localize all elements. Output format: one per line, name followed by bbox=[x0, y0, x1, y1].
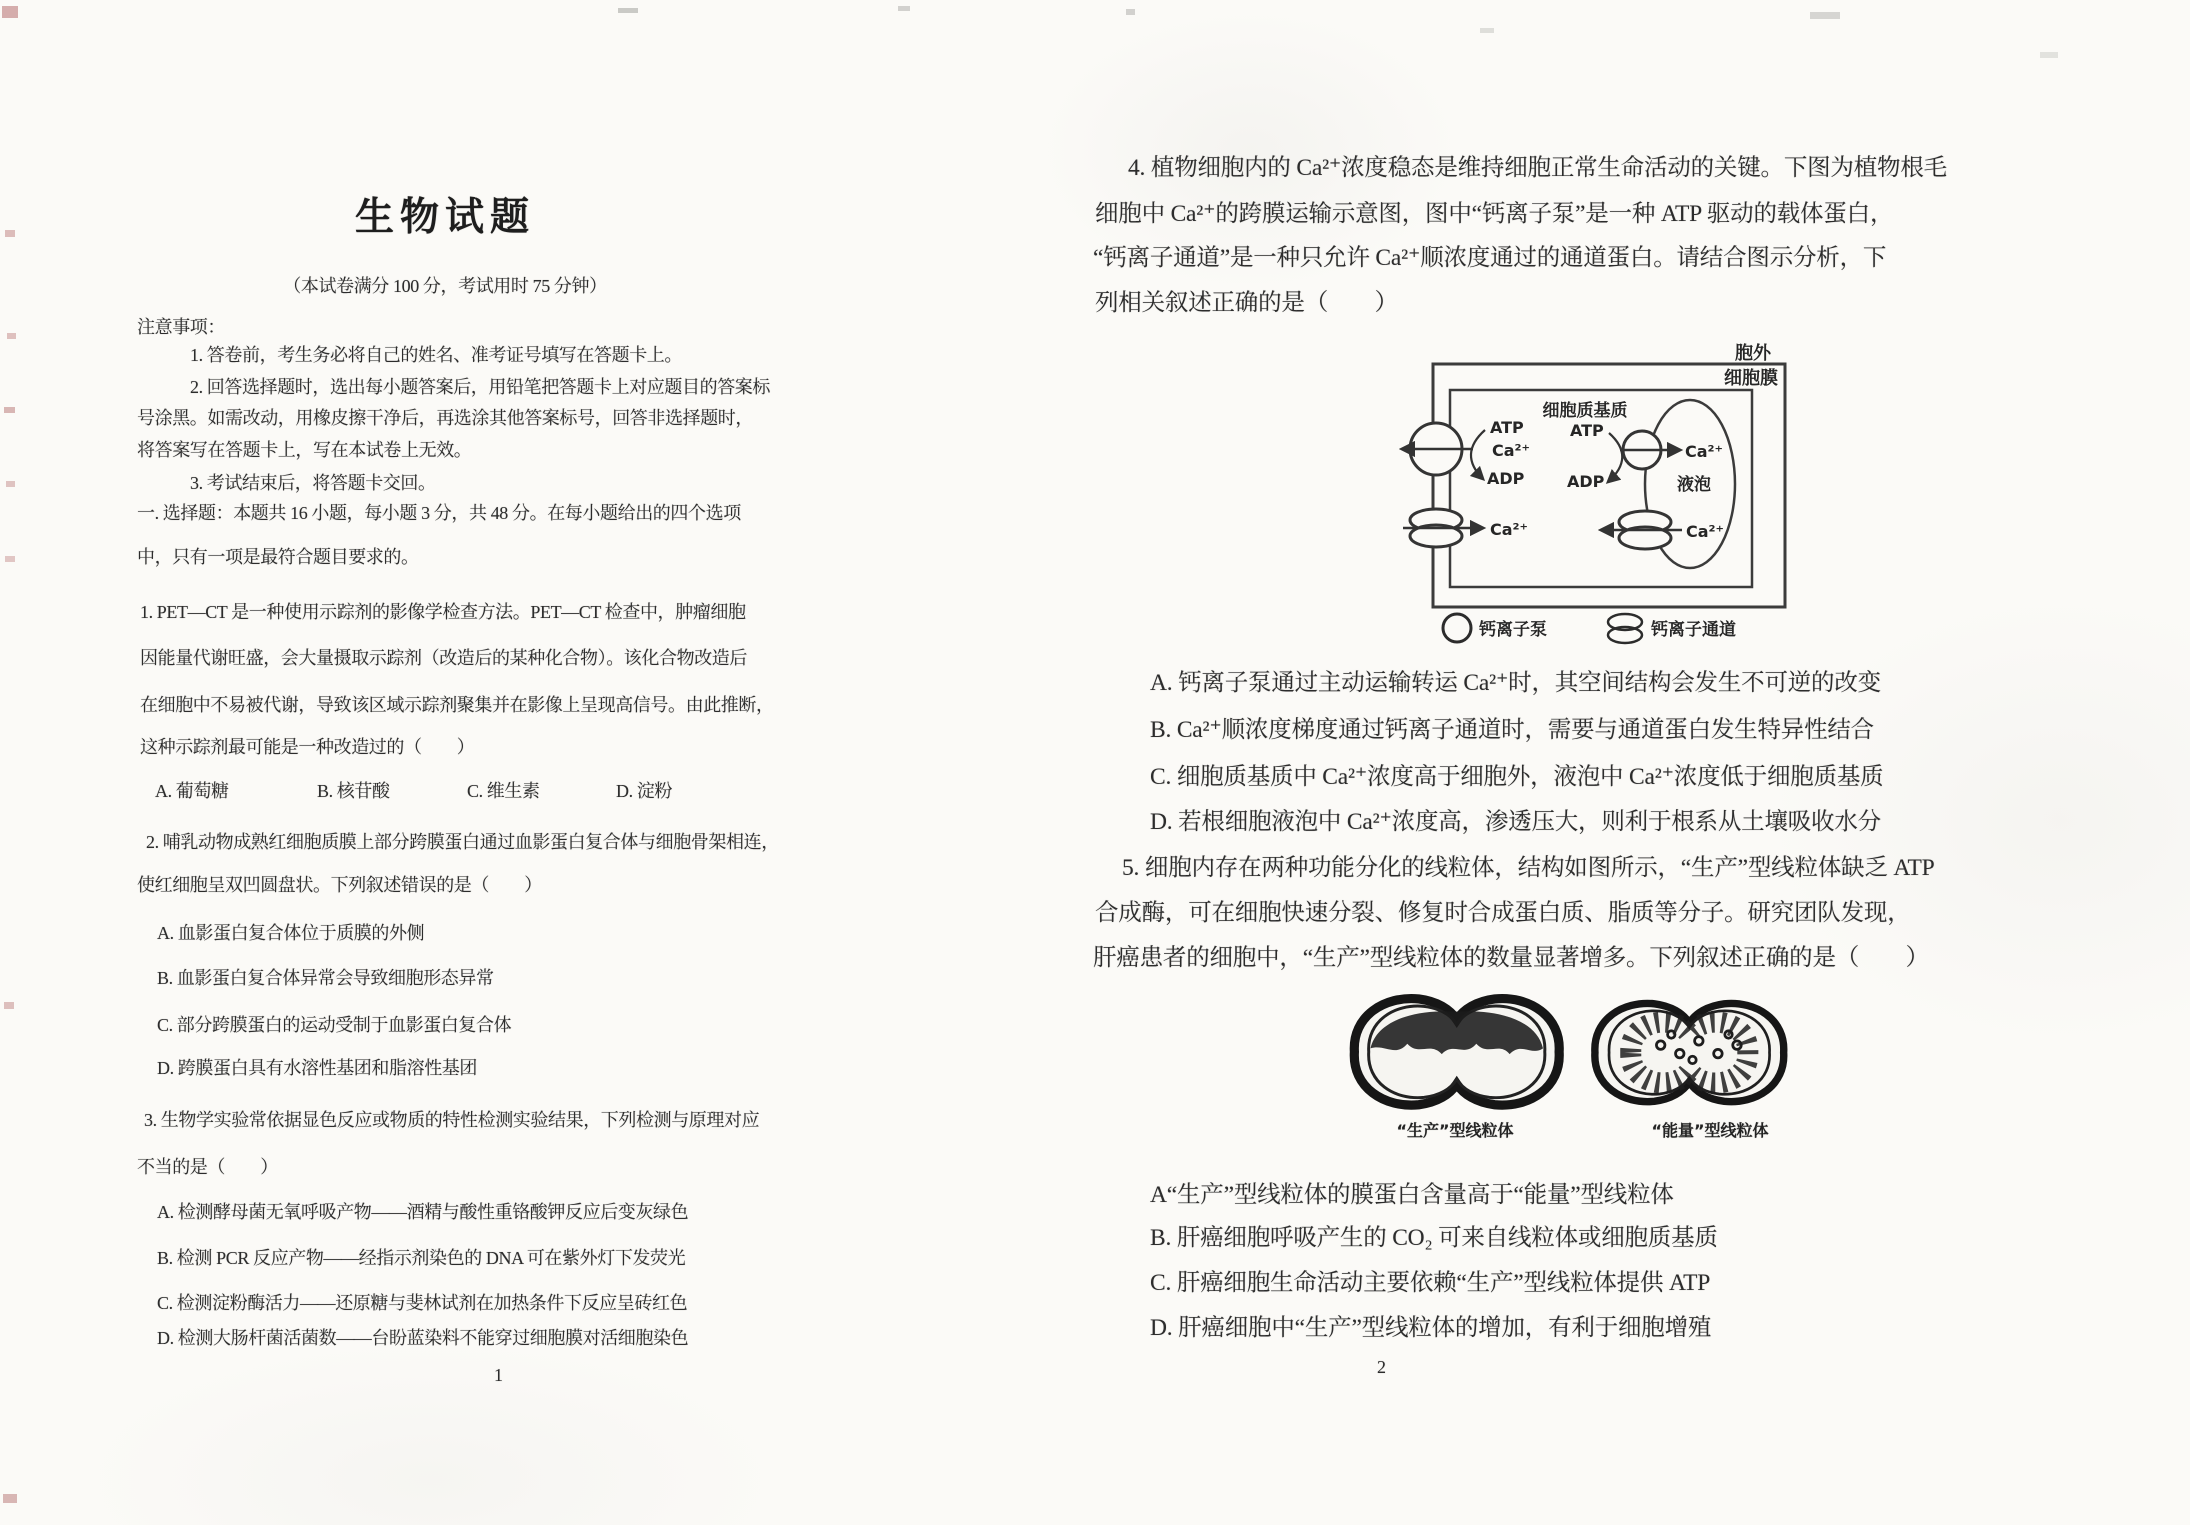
scanned-exam-paper: 生物试题 （本试卷满分 100 分，考试用时 75 分钟） 注意事项： 1. 答… bbox=[0, 0, 2190, 1525]
page-number: 1 bbox=[494, 1366, 503, 1386]
legend-pump-icon bbox=[1443, 614, 1471, 642]
scan-artifact bbox=[2, 6, 18, 18]
ca-transport-diagram: 胞外 细胞膜 细胞质基质 液泡 ATP Ca²⁺ ADP Ca²⁺ Ca²⁺ A… bbox=[1395, 332, 1795, 652]
adp-label: ADP bbox=[1567, 472, 1605, 491]
ca-ion-label: Ca²⁺ bbox=[1490, 520, 1528, 539]
legend-pump-label: 钙离子泵 bbox=[1479, 619, 1547, 640]
question-1-line: 因能量代谢旺盛，会大量摄取示踪剂（改造后的某种化合物）。该化合物改造后 bbox=[140, 649, 747, 669]
notice-line: 将答案写在答题卡上，写在本试卷上无效。 bbox=[137, 441, 471, 461]
question-5-option: D. 肝癌细胞中“生产”型线粒体的增加，有利于细胞增殖 bbox=[1150, 1316, 1711, 1342]
question-4-line: “钙离子通道”是一种只允许 Ca²⁺顺浓度通过的通道蛋白。请结合图示分析，下 bbox=[1093, 246, 1886, 272]
extracellular-label: 胞外 bbox=[1735, 342, 1772, 364]
question-4-line: 4. 植物细胞内的 Ca²⁺浓度稳态是维持细胞正常生命活动的关键。下图为植物根毛 bbox=[1128, 156, 1947, 182]
question-2-line: 2. 哺乳动物成熟红细胞质膜上部分跨膜蛋白通过血影蛋白复合体与细胞骨架相连， bbox=[146, 833, 779, 853]
question-1-line: 这种示踪剂最可能是一种改造过的（ ） bbox=[140, 738, 474, 758]
question-2-option: B. 血影蛋白复合体异常会导致细胞形态异常 bbox=[157, 969, 494, 989]
scan-artifact bbox=[1810, 12, 1840, 19]
page-title: 生物试题 bbox=[135, 197, 755, 240]
scan-artifact bbox=[5, 556, 15, 562]
question-3-option: D. 检测大肠杆菌活菌数——台盼蓝染料不能穿过细胞膜对活细胞染色 bbox=[157, 1329, 688, 1349]
scan-artifact bbox=[3, 1494, 17, 1503]
section-heading-line: 一. 选择题：本题共 16 小题，每小题 3 分，共 48 分。在每小题给出的四… bbox=[137, 504, 741, 524]
notice-heading: 注意事项： bbox=[137, 318, 225, 338]
question-3-option: C. 检测淀粉酶活力——还原糖与斐林试剂在加热条件下反应呈砖红色 bbox=[157, 1294, 687, 1314]
question-4-line: 列相关叙述正确的是（ ） bbox=[1095, 291, 1398, 317]
question-3-line: 不当的是（ ） bbox=[137, 1158, 278, 1178]
ca-ion-label: Ca²⁺ bbox=[1492, 441, 1530, 460]
question-2-option: A. 血影蛋白复合体位于质膜的外侧 bbox=[157, 924, 424, 944]
question-1-line: 1. PET—CT 是一种使用示踪剂的影像学检查方法。PET—CT 检查中，肿瘤… bbox=[140, 603, 746, 623]
question-2-option: C. 部分跨膜蛋白的运动受制于血影蛋白复合体 bbox=[157, 1016, 511, 1036]
adp-label: ADP bbox=[1487, 469, 1525, 488]
scan-artifact bbox=[898, 6, 910, 11]
scan-artifact bbox=[6, 481, 15, 487]
scan-artifact bbox=[4, 407, 15, 413]
scan-artifact bbox=[4, 1002, 14, 1009]
question-5-option: A“生产”型线粒体的膜蛋白含量高于“能量”型线粒体 bbox=[1150, 1183, 1674, 1209]
legend-channel-label: 钙离子通道 bbox=[1651, 619, 1736, 640]
scan-artifact bbox=[7, 333, 16, 339]
vacuole-label: 液泡 bbox=[1677, 474, 1711, 495]
question-2-line: 使红细胞呈双凹圆盘状。下列叙述错误的是（ ） bbox=[137, 876, 542, 896]
scan-artifact bbox=[2040, 52, 2058, 58]
production-mitochondrion-label: “生产”型线粒体 bbox=[1345, 1122, 1565, 1140]
notice-line: 号涂黑。如需改动，用橡皮擦干净后，再选涂其他答案标号，回答非选择题时， bbox=[137, 409, 753, 429]
question-2-option: D. 跨膜蛋白具有水溶性基团和脂溶性基团 bbox=[157, 1059, 477, 1079]
question-5-line: 5. 细胞内存在两种功能分化的线粒体，结构如图所示，“生产”型线粒体缺乏 ATP bbox=[1122, 856, 1935, 882]
energy-mitochondrion bbox=[1595, 1003, 1784, 1101]
question-4-option: B. Ca²⁺顺浓度梯度通过钙离子通道时，需要与通道蛋白发生特异性结合 bbox=[1150, 718, 1874, 744]
exam-subtitle: （本试卷满分 100 分，考试用时 75 分钟） bbox=[135, 277, 755, 297]
question-1-option: C. 维生素 bbox=[467, 782, 540, 802]
question-1-option: D. 淀粉 bbox=[616, 782, 672, 802]
question-5-option: C. 肝癌细胞生命活动主要依赖“生产”型线粒体提供 ATP bbox=[1150, 1271, 1710, 1297]
notice-line: 2. 回答选择题时，选出每小题答案后，用铅笔把答题卡上对应题目的答案标 bbox=[190, 378, 770, 398]
question-4-option: D. 若根细胞液泡中 Ca²⁺浓度高，渗透压大，则利于根系从土壤吸收水分 bbox=[1150, 810, 1881, 836]
question-3-line: 3. 生物学实验常依据显色反应或物质的特性检测实验结果，下列检测与原理对应 bbox=[144, 1111, 759, 1131]
question-1-option: B. 核苷酸 bbox=[317, 782, 390, 802]
scan-artifact bbox=[618, 8, 638, 13]
notice-line: 3. 考试结束后，将答题卡交回。 bbox=[190, 474, 436, 494]
notice-line: 1. 答卷前，考生务必将自己的姓名、准考证号填写在答题卡上。 bbox=[190, 346, 682, 366]
production-mitochondrion bbox=[1354, 999, 1559, 1106]
page-number: 2 bbox=[1377, 1358, 1386, 1378]
cytosol-label: 细胞质基质 bbox=[1543, 400, 1628, 421]
ca-ion-label: Ca²⁺ bbox=[1685, 442, 1723, 461]
question-5-line: 肝癌患者的细胞中，“生产”型线粒体的数量显著增多。下列叙述正确的是（ ） bbox=[1093, 946, 1929, 972]
ca-ion-label: Ca²⁺ bbox=[1686, 522, 1724, 541]
question-4-option: C. 细胞质基质中 Ca²⁺浓度高于细胞外，液泡中 Ca²⁺浓度低于细胞质基质 bbox=[1150, 765, 1883, 791]
energy-mitochondrion-label: “能量”型线粒体 bbox=[1600, 1122, 1820, 1140]
section-heading-line: 中，只有一项是最符合题目要求的。 bbox=[137, 548, 419, 568]
question-1-line: 在细胞中不易被代谢，导致该区域示踪剂聚集并在影像上呈现高信号。由此推断， bbox=[140, 696, 774, 716]
question-3-option: B. 检测 PCR 反应产物——经指示剂染色的 DNA 可在紫外灯下发荧光 bbox=[157, 1249, 685, 1269]
question-4-line: 细胞中 Ca²⁺的跨膜运输示意图，图中“钙离子泵”是一种 ATP 驱动的载体蛋白… bbox=[1095, 202, 1893, 228]
atp-label: ATP bbox=[1490, 418, 1524, 437]
membrane-label: 细胞膜 bbox=[1724, 367, 1778, 389]
scan-artifact bbox=[1126, 9, 1135, 15]
question-4-option: A. 钙离子泵通过主动运输转运 Ca²⁺时，其空间结构会发生不可逆的改变 bbox=[1150, 671, 1881, 697]
mitochondria-figure bbox=[1330, 980, 1800, 1118]
question-5-option: B. 肝癌细胞呼吸产生的 CO₂ 可来自线粒体或细胞质基质 bbox=[1150, 1226, 1718, 1252]
question-3-option: A. 检测酵母菌无氧呼吸产物——酒精与酸性重铬酸钾反应后变灰绿色 bbox=[157, 1203, 688, 1223]
atp-adp-arrow bbox=[1608, 433, 1622, 482]
atp-label: ATP bbox=[1570, 421, 1604, 440]
question-5-line: 合成酶，可在细胞快速分裂、修复时合成蛋白质、脂质等分子。研究团队发现， bbox=[1095, 901, 1911, 927]
question-1-option: A. 葡萄糖 bbox=[155, 782, 229, 802]
atp-adp-arrow bbox=[1471, 430, 1485, 479]
scan-artifact bbox=[5, 230, 15, 237]
scan-artifact bbox=[1480, 28, 1494, 33]
